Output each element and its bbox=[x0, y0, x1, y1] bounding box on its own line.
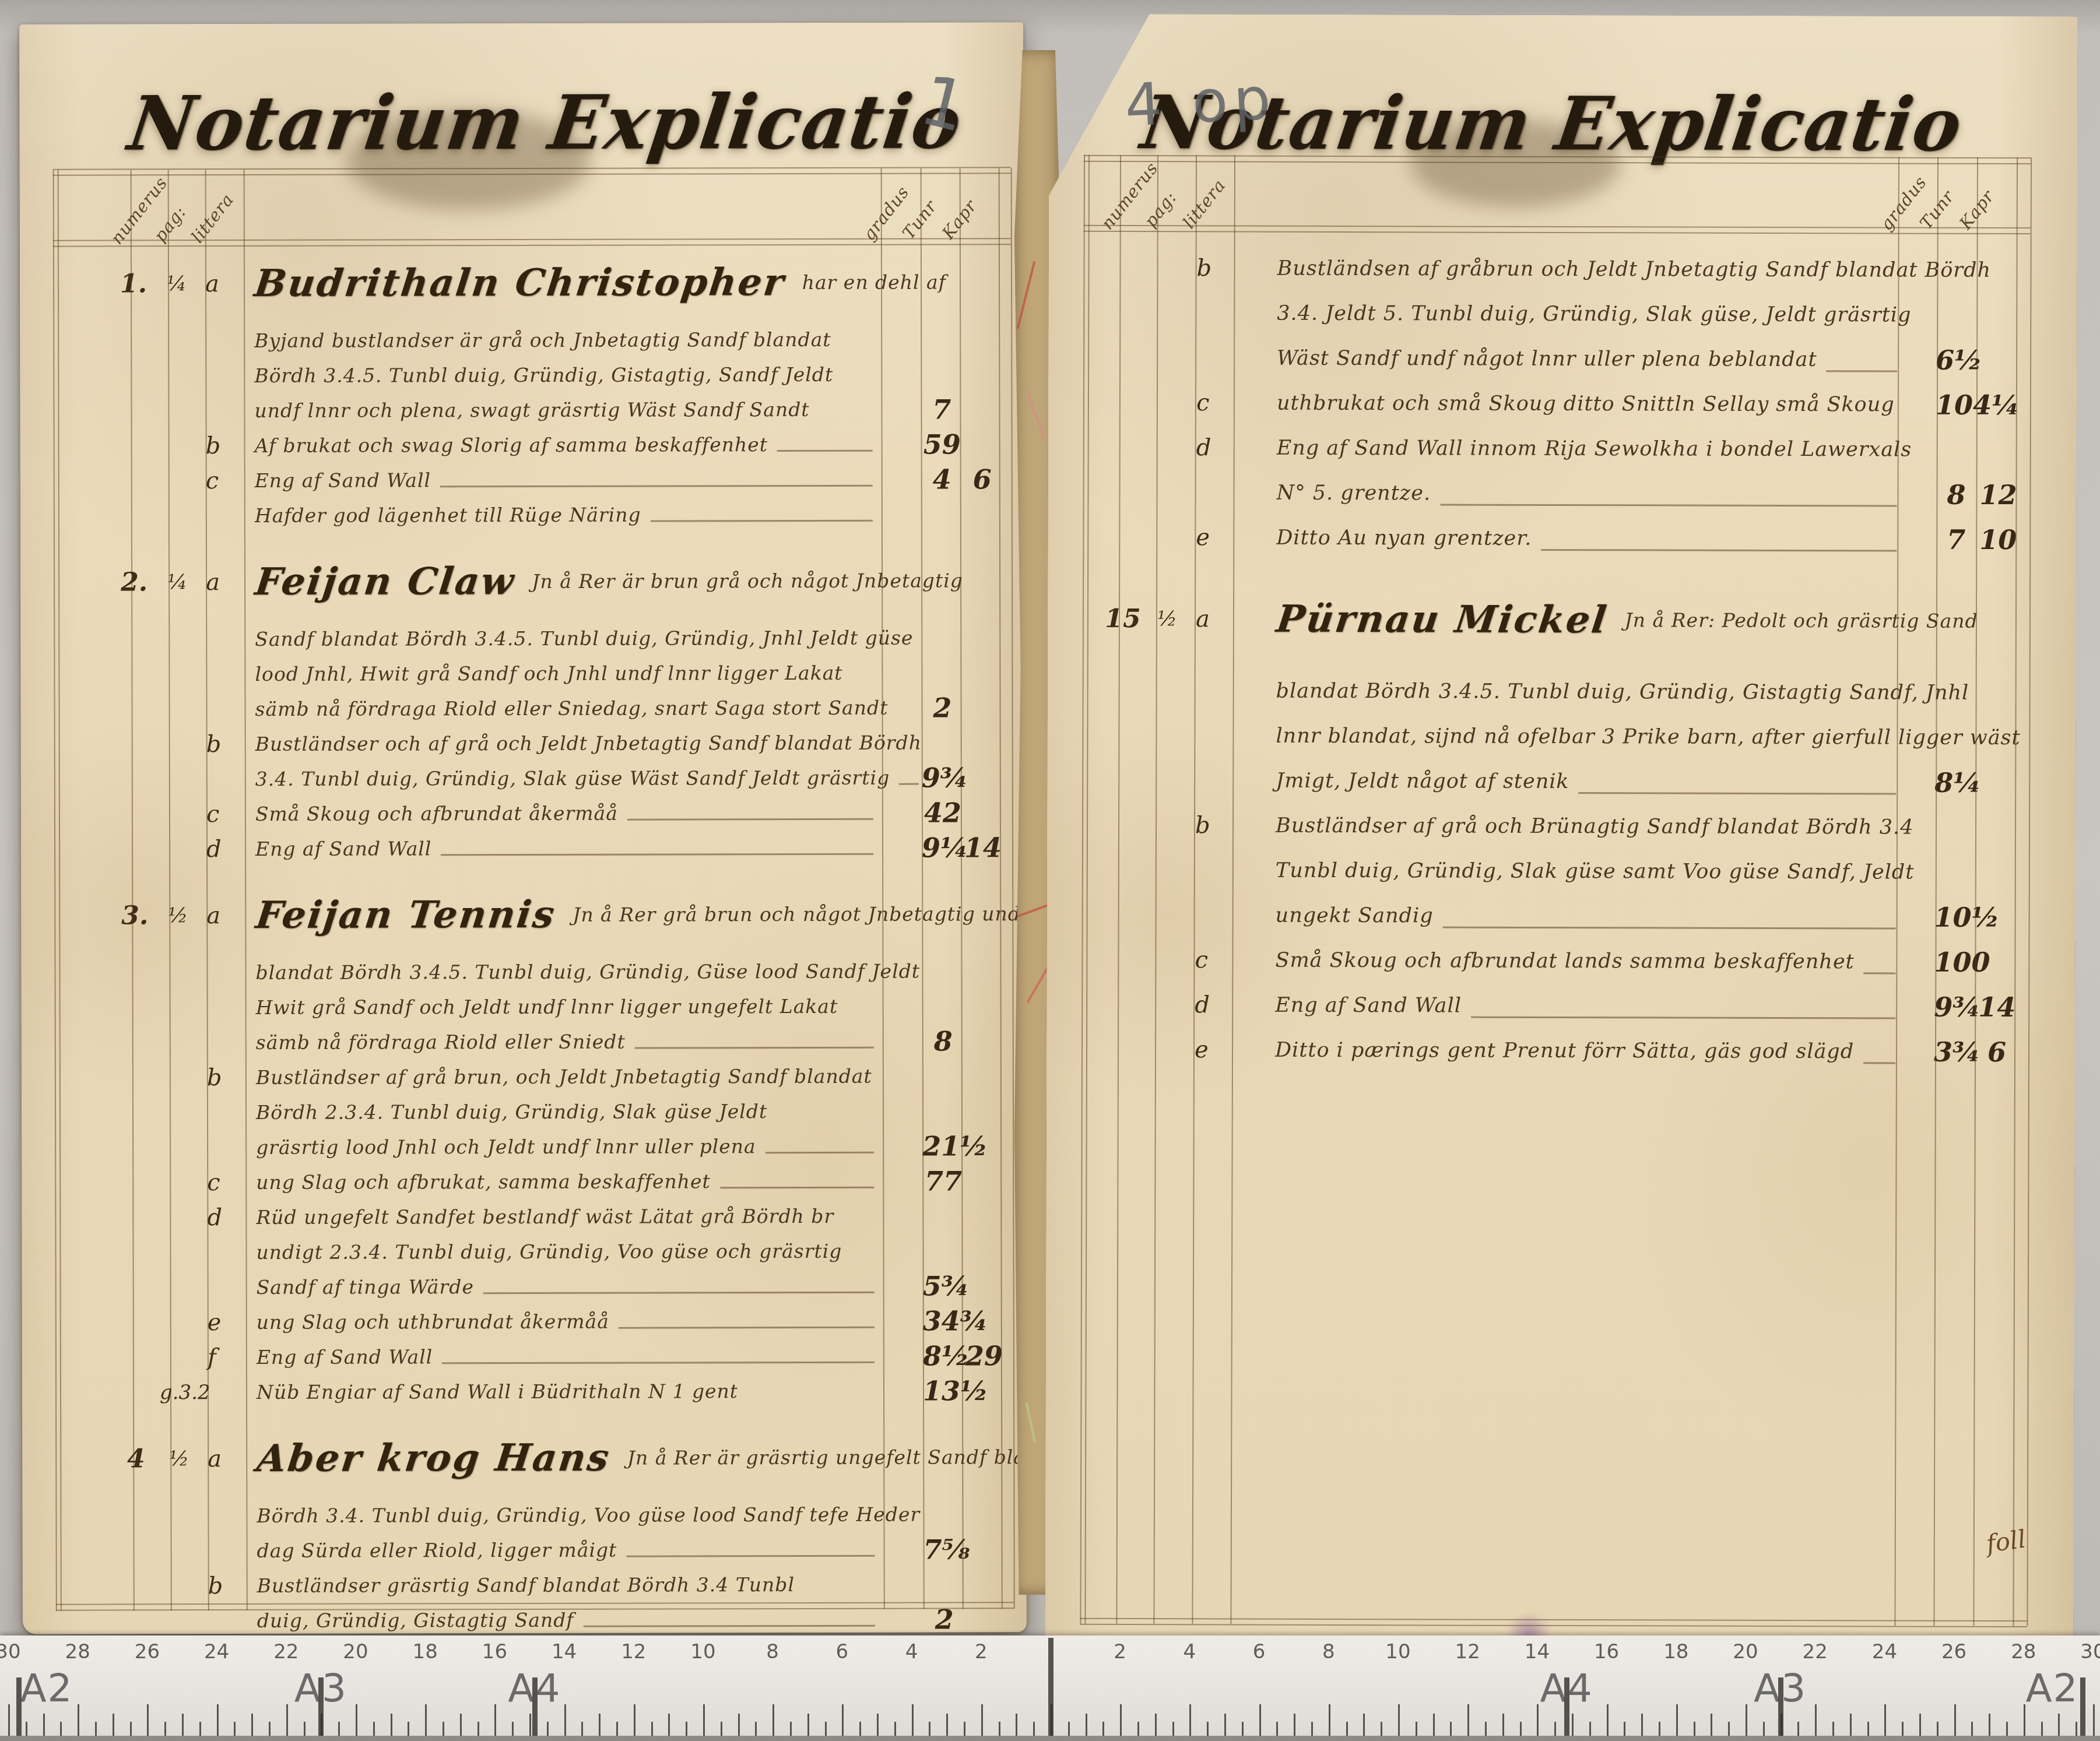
ledger-entry: 4½aAber krog HansJn å Rer är gräsrtig un… bbox=[22, 1426, 1027, 1639]
handwritten-line: Eng af Sand Wall bbox=[257, 1339, 433, 1375]
row-text: Ditto Au nyan grentzer. bbox=[1276, 516, 1901, 562]
ruler-tick bbox=[2058, 1714, 2060, 1736]
row-text: duig, Gründig, Gistagtig Sandf bbox=[257, 1602, 880, 1638]
handwritten-line: Bustländser och af grå och Jeldt Jnbetag… bbox=[255, 726, 922, 762]
row-letter: e bbox=[1195, 1028, 1232, 1072]
handwritten-line: Små Skoug och afbrundat lands samma besk… bbox=[1275, 938, 1854, 985]
handwritten-line: N° 5. grentze. bbox=[1276, 471, 1431, 516]
ruler-number: 8 bbox=[1322, 1640, 1335, 1663]
value-tunnor: 34¾ bbox=[923, 1303, 965, 1338]
entry-letter: a bbox=[1196, 578, 1233, 660]
ledger-row: Sandf blandat Bördh 3.4.5. Tunbl duig, G… bbox=[20, 620, 1024, 657]
page-title: Notarium Explicatio bbox=[124, 78, 968, 167]
ruler-tick bbox=[269, 1722, 271, 1736]
row-text: Eng af Sand Wall bbox=[257, 1339, 879, 1375]
row-text: lood Jnhl, Hwit grå Sandf och Jnhl undf … bbox=[255, 656, 877, 692]
entry-letter: a bbox=[208, 1427, 245, 1490]
ruler-tick bbox=[616, 1722, 618, 1736]
handwritten-line: Wäst Sandf undf något lnnr uller plena b… bbox=[1277, 336, 1817, 382]
entry-letter: a bbox=[205, 252, 243, 315]
entry-number: 4 bbox=[111, 1427, 161, 1490]
handwritten-line: Hafder god lägenhet till Rüge Näring bbox=[255, 498, 641, 533]
scanner-bed-edge bbox=[0, 1736, 2100, 1741]
ledger-entry: 2.¼aFeijan ClawJn å Rer är brun grå och … bbox=[20, 549, 1025, 867]
fill-rule-line bbox=[651, 520, 873, 522]
row-text: Små Skoug och afbrundat lands samma besk… bbox=[1275, 938, 1900, 985]
handwritten-line: ungekt Sandig bbox=[1276, 894, 1434, 939]
row-text: Bustländser och af grå och Jeldt Jnbetag… bbox=[255, 726, 878, 762]
row-text: uthbrukat och små Skoug ditto Snittln Se… bbox=[1277, 381, 1902, 428]
fill-rule-line bbox=[483, 1292, 875, 1294]
ledger-row: eDitto Au nyan grentzer.710 bbox=[1048, 515, 2076, 563]
value-tunnor: 2 bbox=[923, 1602, 965, 1637]
row-text: Bördh 2.3.4. Tunbl duig, Gründig, Slak g… bbox=[256, 1094, 879, 1130]
ruler-tick bbox=[182, 1714, 184, 1736]
handwritten-line: Af brukat och swag Slorig af samma beska… bbox=[255, 427, 768, 463]
ruler-tick bbox=[1294, 1714, 1295, 1736]
ledger-row: Sandf af tinga Wärde5¾ bbox=[22, 1268, 1026, 1306]
ruler-tick bbox=[304, 1722, 305, 1736]
ruler-tick bbox=[391, 1714, 392, 1736]
ruler-tick bbox=[1224, 1714, 1226, 1736]
row-text: Bustländsen af gråbrun och Jeldt Jnbetag… bbox=[1277, 247, 1902, 293]
ledger-row: undf lnnr och plena, swagt gräsrtig Wäst… bbox=[20, 392, 1024, 429]
ruler-tick bbox=[113, 1714, 114, 1736]
row-text: undf lnnr och plena, swagt gräsrtig Wäst… bbox=[254, 392, 877, 428]
farm-name: Feijan Claw bbox=[251, 550, 519, 622]
fill-rule-line bbox=[720, 1187, 875, 1189]
entry-letter: a bbox=[206, 884, 244, 947]
entry-heading-text: Feijan ClawJn å Rer är brun grå och någo… bbox=[255, 550, 877, 622]
ruler-tick bbox=[877, 1714, 879, 1736]
row-text: Hwit grå Sandf och Jeldt undf lnnr ligge… bbox=[256, 989, 879, 1025]
ruler-tick bbox=[164, 1722, 166, 1736]
ruler-tick bbox=[1763, 1722, 1765, 1736]
handwritten-line: Eng af Sand Wall bbox=[255, 463, 431, 498]
ruler-tick bbox=[2041, 1722, 2043, 1736]
ruler-tick bbox=[494, 1704, 496, 1736]
ruler-tick bbox=[1937, 1722, 1939, 1736]
ledger-entry: 15½aPürnau MickelJn å Rer: Pedolt och gr… bbox=[1047, 578, 2076, 1075]
heading-tail-text: Jn å Rer är gräsrtig ungefelt Sandf blan… bbox=[627, 1426, 1072, 1490]
fill-rule-line bbox=[1471, 1017, 1895, 1019]
ruler-number: 12 bbox=[621, 1640, 646, 1663]
handwritten-line: blandat Bördh 3.4.5. Tunbl duig, Gründig… bbox=[255, 954, 920, 990]
entry-grade: ½ bbox=[168, 884, 205, 947]
ruler-tick bbox=[356, 1704, 357, 1736]
fill-rule-line bbox=[1443, 926, 1896, 929]
ruler-tick bbox=[1589, 1722, 1591, 1736]
handwritten-line: Ditto Au nyan grentzer. bbox=[1276, 516, 1532, 561]
ledger-row: sämb nå fördraga Riold eller Sniedt8 bbox=[22, 1024, 1026, 1061]
row-letter: b bbox=[206, 727, 244, 762]
handwritten-line: ung Slag och uthbrundat åkermåå bbox=[257, 1304, 609, 1340]
farm-name: Budrithaln Christopher bbox=[250, 251, 789, 323]
measuring-ruler: 2244668810101212141416161818202022222424… bbox=[0, 1636, 2100, 1737]
ruler-tick bbox=[964, 1722, 965, 1736]
ledger-row: bBustländser gräsrtig Sandf blandat Börd… bbox=[23, 1567, 1027, 1604]
column-header: pag: bbox=[1140, 188, 1181, 231]
handwritten-line: Tunbl duig, Gründig, Slak güse samt Voo … bbox=[1276, 849, 1915, 895]
ruler-tick bbox=[1659, 1722, 1660, 1736]
fill-rule-line bbox=[765, 1152, 874, 1153]
handwritten-line: sämb nå fördraga Riold eller Sniedag, sn… bbox=[255, 691, 889, 727]
row-text: dag Sürda eller Riold, ligger måigt bbox=[257, 1532, 880, 1568]
handwritten-line: Bustländser af grå och Brünagtig Sandf b… bbox=[1276, 804, 1914, 850]
ruler-tick bbox=[686, 1722, 687, 1736]
ruler-tick bbox=[1155, 1714, 1157, 1736]
entry-heading-row: 1.¼aBudrithaln Christopherhar en dehl af bbox=[20, 251, 1024, 324]
ledger-row: Wäst Sandf undf något lnnr uller plena b… bbox=[1048, 336, 2077, 384]
row-text: Hafder god lägenhet till Rüge Näring bbox=[255, 497, 877, 533]
row-text: Sandf af tinga Wärde bbox=[257, 1269, 879, 1305]
ruler-tick bbox=[859, 1722, 861, 1736]
handwritten-line: 3.4. Jeldt 5. Tunbl duig, Gründig, Slak … bbox=[1277, 291, 1911, 338]
row-text: blandat Bördh 3.4.5. Tunbl duig, Gründig… bbox=[255, 954, 878, 990]
ledger-entry: 1.¼aBudrithaln Christopherhar en dehl af… bbox=[20, 251, 1024, 534]
ruler-number: 28 bbox=[2011, 1640, 2036, 1663]
row-text: Wäst Sandf undf något lnnr uller plena b… bbox=[1277, 336, 1902, 383]
ledger-row: undigt 2.3.4. Tunbl duig, Gründig, Voo g… bbox=[22, 1233, 1026, 1271]
ruler-number: 10 bbox=[690, 1640, 715, 1663]
row-letter: c bbox=[1196, 381, 1234, 425]
row-letter: f bbox=[208, 1340, 245, 1375]
handwritten-line: Bördh 3.4.5. Tunbl duig, Gründig, Gistag… bbox=[254, 357, 833, 393]
ledger-row: Bördh 2.3.4. Tunbl duig, Gründig, Slak g… bbox=[22, 1093, 1026, 1131]
ruler-tick bbox=[43, 1714, 45, 1736]
ruler-tick bbox=[26, 1722, 27, 1736]
ruler-number: 16 bbox=[482, 1640, 507, 1663]
ruler-tick bbox=[1502, 1714, 1504, 1736]
row-text: Af brukat och swag Slorig af samma beska… bbox=[255, 427, 877, 463]
ruler-tick bbox=[1172, 1722, 1174, 1736]
row-letter: d bbox=[207, 1200, 244, 1235]
ruler-tick bbox=[1276, 1722, 1278, 1736]
column-headers: numeruspag:litteragradusTunrKapr bbox=[19, 22, 1023, 24]
fill-rule-line bbox=[899, 783, 919, 785]
ruler-number: 26 bbox=[135, 1640, 160, 1663]
ledger-row: bAf brukat och swag Slorig af samma besk… bbox=[20, 427, 1024, 464]
row-letter: c bbox=[1195, 938, 1232, 983]
ruler-tick bbox=[1867, 1722, 1869, 1736]
ruler-number: 18 bbox=[413, 1640, 438, 1663]
ledger-row: bBustländser och af grå och Jeldt Jnbeta… bbox=[21, 725, 1025, 762]
row-text: Bustländser gräsrtig Sandf blandat Bördh… bbox=[257, 1567, 880, 1603]
ledger-row: cuthbrukat och små Skoug ditto Snittln S… bbox=[1048, 381, 2077, 428]
row-letter: c bbox=[206, 797, 244, 832]
ruler-number: 8 bbox=[766, 1640, 779, 1663]
ruler-tick bbox=[373, 1722, 375, 1736]
ruler-tick bbox=[338, 1722, 340, 1736]
ruler-number: 16 bbox=[1594, 1640, 1619, 1663]
row-text: ung Slag och afbrukat, samma beskaffenhe… bbox=[256, 1164, 879, 1200]
handwritten-line: Bördh 3.4. Tunbl duig, Gründig, Voo güse… bbox=[257, 1497, 920, 1534]
ruler-tick bbox=[1954, 1704, 1956, 1736]
row-text: lnnr blandat, sijnd nå ofelbar 3 Prike b… bbox=[1276, 714, 1901, 761]
ledger-row: cEng af Sand Wall46 bbox=[20, 462, 1024, 499]
ruler-format-label: A2 bbox=[20, 1666, 73, 1711]
fill-rule-line bbox=[1864, 972, 1896, 974]
row-letter: d bbox=[206, 832, 244, 867]
row-text: Bördh 3.4. Tunbl duig, Gründig, Voo güse… bbox=[257, 1497, 879, 1534]
ruler-tick bbox=[790, 1722, 792, 1736]
handwritten-line: Hwit grå Sandf och Jeldt undf lnnr ligge… bbox=[256, 989, 838, 1025]
ruler-format-label: A2 bbox=[2025, 1666, 2078, 1711]
value-tunnor: 2 bbox=[922, 690, 964, 725]
entry-grade: ½ bbox=[169, 1427, 206, 1490]
ruler-tick bbox=[1572, 1714, 1574, 1736]
ruler-tick bbox=[1068, 1722, 1070, 1736]
handwritten-line: gräsrtig lood Jnhl och Jeldt undf lnnr u… bbox=[256, 1129, 756, 1165]
ruler-number: 28 bbox=[65, 1640, 90, 1663]
ruler-tick bbox=[1381, 1722, 1382, 1736]
ruler-tick bbox=[1311, 1722, 1313, 1736]
ruler-tick bbox=[1242, 1722, 1244, 1736]
ledger-row: 3.4. Jeldt 5. Tunbl duig, Gründig, Slak … bbox=[1048, 291, 2077, 339]
value-tunnor: 77 bbox=[922, 1163, 964, 1198]
row-text: ung Slag och uthbrundat åkermåå bbox=[257, 1304, 879, 1340]
ruler-tick bbox=[529, 1714, 531, 1736]
entry-number: 2. bbox=[109, 551, 159, 614]
fill-rule-line bbox=[1440, 504, 1897, 507]
handwritten-line: ung Slag och afbrukat, samma beskaffenhe… bbox=[256, 1164, 711, 1200]
row-text: Tunbl duig, Gründig, Slak güse samt Voo … bbox=[1276, 849, 1901, 895]
right-page: Notarium Explicatio 4 op foll numeruspag… bbox=[1045, 14, 2077, 1656]
ruler-tick bbox=[2076, 1722, 2077, 1736]
ruler-tick bbox=[1797, 1722, 1799, 1736]
scanned-ledger-spread: Notarium Explicatio 1 numeruspag:littera… bbox=[0, 0, 2100, 1741]
ledger-row: eDitto i pærings gent Prenut förr Sätta,… bbox=[1047, 1028, 2075, 1075]
ledger-row: fEng af Sand Wall8½29 bbox=[22, 1338, 1026, 1376]
ruler-tick bbox=[1884, 1704, 1886, 1736]
ruler-format-label: A4 bbox=[1540, 1666, 1593, 1711]
value-kappar: 29 bbox=[963, 1338, 1005, 1373]
ruler-tick bbox=[981, 1704, 983, 1736]
ruler-number: 26 bbox=[1941, 1640, 1966, 1663]
ledger-row: gräsrtig lood Jnhl och Jeldt undf lnnr u… bbox=[22, 1128, 1026, 1166]
handwritten-line: lnnr blandat, sijnd nå ofelbar 3 Prike b… bbox=[1276, 714, 2020, 761]
map-fragment-line bbox=[1026, 1402, 1036, 1443]
ruler-tick bbox=[807, 1714, 809, 1736]
handwritten-line: Byjand bustlandser är grå och Jnbetagtig… bbox=[254, 322, 831, 358]
ruler-number: 18 bbox=[1663, 1640, 1688, 1663]
row-text: Bustländser af grå brun, och Jeldt Jnbet… bbox=[256, 1059, 879, 1095]
map-fragment-line bbox=[1017, 261, 1036, 329]
ruler-tick bbox=[772, 1704, 774, 1736]
ruler-tick bbox=[1137, 1722, 1139, 1736]
ruler-tick bbox=[1781, 1714, 1782, 1736]
value-tunnor: 13½ bbox=[923, 1373, 965, 1408]
handwritten-line: 3.4. Tunbl duig, Gründig, Slak güse Wäst… bbox=[255, 761, 890, 797]
row-letter: b bbox=[1195, 803, 1232, 848]
fill-rule-line bbox=[1863, 1062, 1895, 1064]
rule-line bbox=[1080, 1618, 2027, 1622]
value-tunnor: 42 bbox=[922, 795, 964, 830]
ledger-row: ungekt Sandig10½ bbox=[1047, 893, 2076, 941]
ledger-row: blandat Bördh 3.4.5. Tunbl duig, Gründig… bbox=[21, 954, 1025, 991]
fill-rule-line bbox=[441, 853, 873, 856]
ruler-number: 24 bbox=[1872, 1640, 1897, 1663]
ruler-tick bbox=[929, 1722, 930, 1736]
row-text: gräsrtig lood Jnhl och Jeldt undf lnnr u… bbox=[256, 1129, 879, 1165]
value-tunnor: 7 bbox=[921, 392, 963, 427]
handwritten-line: lood Jnhl, Hwit grå Sandf och Jnhl undf … bbox=[255, 656, 842, 692]
value-kappar: 6 bbox=[1976, 1030, 2018, 1075]
handwritten-line: Sandf af tinga Wärde bbox=[257, 1269, 474, 1305]
ruler-tick bbox=[425, 1704, 427, 1736]
row-letter: c bbox=[207, 1165, 244, 1200]
ruler-tick bbox=[1189, 1704, 1191, 1736]
row-letter: d bbox=[1195, 983, 1232, 1028]
value-tunnor: 8¼ bbox=[1934, 761, 1976, 806]
ledger-row: Hwit grå Sandf och Jeldt undf lnnr ligge… bbox=[22, 989, 1026, 1026]
heading-tail-text: Jn å Rer grå brun och något Jnbetagtig u… bbox=[573, 882, 1028, 947]
ruler-tick bbox=[1329, 1704, 1330, 1736]
ruler-tick bbox=[581, 1722, 583, 1736]
row-text: N° 5. grentze. bbox=[1276, 471, 1901, 518]
value-tunnor: 5¾ bbox=[923, 1268, 965, 1303]
ledger-row: dEng af Sand Wall9¼14 bbox=[21, 830, 1025, 867]
ruler-tick bbox=[1363, 1714, 1365, 1736]
fill-rule-line bbox=[1579, 792, 1897, 794]
ledger-entry: 3.½aFeijan TennisJn å Rer grå brun och n… bbox=[21, 882, 1026, 1411]
ledger-row: sämb nå fördraga Riold eller Sniedag, sn… bbox=[21, 690, 1025, 727]
ruler-tick bbox=[721, 1722, 722, 1736]
ruler-tick bbox=[477, 1722, 479, 1736]
ruler-number: 2 bbox=[1114, 1640, 1126, 1663]
ruler-number: 6 bbox=[836, 1640, 849, 1663]
handwritten-line: blandat Bördh 3.4.5. Tunbl duig, Gründig… bbox=[1276, 669, 1969, 716]
ledger-row: Bördh 3.4. Tunbl duig, Gründig, Voo güse… bbox=[22, 1497, 1026, 1534]
ruler-tick bbox=[634, 1704, 635, 1736]
ruler-number: 10 bbox=[1385, 1640, 1410, 1663]
ledger-row: dag Sürda eller Riold, ligger måigt7⅝ bbox=[23, 1532, 1027, 1569]
ruler-tick bbox=[130, 1722, 132, 1736]
farm-name: Aber krog Hans bbox=[252, 1427, 614, 1499]
row-letter: e bbox=[208, 1305, 245, 1340]
entry-heading-text: Aber krog HansJn å Rer är gräsrtig ungef… bbox=[257, 1426, 879, 1499]
ruler-tick bbox=[1919, 1714, 1921, 1736]
ruler-tick bbox=[286, 1704, 288, 1736]
ruler-tick bbox=[1346, 1722, 1348, 1736]
map-fragment-line bbox=[1026, 389, 1046, 439]
ruler-tick bbox=[1433, 1714, 1435, 1736]
ruler-tick bbox=[1120, 1704, 1122, 1736]
ruler-tick bbox=[703, 1704, 705, 1736]
ledger-row: Hafder god lägenhet till Rüge Näring bbox=[20, 497, 1024, 534]
ledger-row: cSmå Skoug och afbrundat åkermåå42 bbox=[21, 795, 1025, 832]
ruler-tick bbox=[1607, 1704, 1609, 1736]
ruler-number: 14 bbox=[1525, 1640, 1550, 1663]
ruler-tick bbox=[564, 1704, 566, 1736]
handwritten-line: Bördh 2.3.4. Tunbl duig, Gründig, Slak g… bbox=[256, 1094, 767, 1130]
fill-rule-line bbox=[626, 1555, 875, 1557]
rule-line bbox=[53, 244, 1011, 247]
ruler-number: 20 bbox=[343, 1640, 368, 1663]
ruler-number: 14 bbox=[552, 1640, 577, 1663]
ruler-tick bbox=[1624, 1722, 1625, 1736]
handwritten-line: Ditto i pærings gent Prenut förr Sätta, … bbox=[1275, 1028, 1854, 1075]
row-text: Byjand bustlandser är grå och Jnbetagtig… bbox=[254, 322, 877, 358]
row-letter: b bbox=[206, 428, 243, 463]
ruler-tick bbox=[217, 1704, 219, 1736]
handwritten-line: undigt 2.3.4. Tunbl duig, Gründig, Voo g… bbox=[256, 1234, 842, 1270]
fill-rule-line bbox=[440, 485, 873, 488]
ruler-tick bbox=[1728, 1722, 1730, 1736]
fill-rule-line bbox=[627, 818, 873, 821]
value-kappar: 6 bbox=[961, 462, 1003, 497]
ruler-tick bbox=[1746, 1704, 1747, 1736]
heading-tail-text: Jn å Rer är brun grå och något Jnbetagti… bbox=[532, 549, 963, 613]
handwritten-line: undf lnnr och plena, swagt gräsrtig Wäst… bbox=[254, 392, 809, 428]
entry-heading-row: 3.½aFeijan TennisJn å Rer grå brun och n… bbox=[21, 882, 1025, 956]
row-text: Jmigt, Jeldt något af stenik bbox=[1276, 759, 1901, 806]
handwritten-line: Eng af Sand Wall bbox=[255, 831, 431, 867]
ruler-tick bbox=[1537, 1704, 1539, 1736]
value-tunnor: 59 bbox=[921, 427, 963, 462]
entry-heading-text: Feijan TennisJn å Rer grå brun och något… bbox=[255, 883, 878, 955]
handwritten-line: uthbrukat och små Skoug ditto Snittln Se… bbox=[1277, 381, 1895, 428]
pencil-folio-number: 1 bbox=[913, 59, 975, 147]
row-text: blandat Bördh 3.4.5. Tunbl duig, Gründig… bbox=[1276, 669, 1901, 716]
entry-letter: a bbox=[206, 551, 243, 614]
ledger-row: eung Slag och uthbrundat åkermåå34¾ bbox=[22, 1303, 1026, 1341]
ruler-tick bbox=[460, 1714, 462, 1736]
ledger-row: bBustländser af grå och Brünagtig Sandf … bbox=[1047, 803, 2076, 851]
fill-rule-line bbox=[1541, 549, 1897, 552]
ruler-tick bbox=[199, 1722, 201, 1736]
heading-tail-text: har en dehl af bbox=[802, 251, 947, 314]
ruler-tick bbox=[234, 1722, 236, 1736]
rule-line bbox=[1080, 1624, 2027, 1627]
ruler-tick bbox=[1485, 1722, 1487, 1736]
value-kappar: 12 bbox=[1977, 473, 2019, 518]
ruler-tick bbox=[912, 1704, 914, 1736]
ruler-number: 2 bbox=[975, 1640, 988, 1663]
ledger-row: dEng af Sand Wall innom Rija Sewolkha i … bbox=[1048, 425, 2077, 473]
ruler-number: 30 bbox=[0, 1640, 21, 1663]
handwritten-line: Nüb Engiar af Sand Wall i Büdrithaln N 1… bbox=[257, 1374, 738, 1410]
entry-heading-row: 4½aAber krog HansJn å Rer är gräsrtig un… bbox=[22, 1426, 1026, 1499]
ruler-tick bbox=[1694, 1722, 1695, 1736]
fill-rule-line bbox=[442, 1362, 875, 1364]
row-text: 3.4. Tunbl duig, Gründig, Slak güse Wäst… bbox=[255, 761, 878, 797]
ruler-tick bbox=[842, 1704, 844, 1736]
handwritten-line: Eng af Sand Wall innom Rija Sewolkha i b… bbox=[1277, 426, 1912, 473]
ruler-tick bbox=[1520, 1722, 1522, 1736]
ruler-tick bbox=[321, 1714, 322, 1736]
ruler-number: 24 bbox=[204, 1640, 229, 1663]
left-page: Notarium Explicatio 1 numeruspag:littera… bbox=[19, 22, 1027, 1634]
value-tunnor: 8½ bbox=[923, 1338, 965, 1373]
ledger-row: cung Slag och afbrukat, samma beskaffenh… bbox=[22, 1163, 1026, 1201]
handwritten-line: Sandf blandat Bördh 3.4.5. Tunbl duig, G… bbox=[255, 621, 913, 657]
value-tunnor: 21½ bbox=[922, 1128, 964, 1163]
ledger-row: Tunbl duig, Gründig, Slak güse samt Voo … bbox=[1047, 848, 2076, 896]
row-text: Nüb Engiar af Sand Wall i Büdrithaln N 1… bbox=[257, 1374, 879, 1410]
entry-heading-row: 15½aPürnau MickelJn å Rer: Pedolt och gr… bbox=[1048, 578, 2076, 671]
ruler-tick bbox=[1676, 1704, 1678, 1736]
value-tunnor: 4 bbox=[921, 462, 963, 497]
row-text: ungekt Sandig bbox=[1276, 894, 1901, 940]
ruler-tick bbox=[78, 1704, 79, 1736]
column-headers: numeruspag:litteragradusTunrKapr bbox=[1049, 14, 2078, 17]
ledger-row: Byjand bustlandser är grå och Jnbetagtig… bbox=[20, 322, 1024, 359]
value-tunnor: 104¼ bbox=[1936, 383, 1978, 428]
ledger-entries: bBustländsen af gråbrun och Jeldt Jnbeta… bbox=[1047, 246, 2077, 1075]
entry-number: 1. bbox=[108, 252, 159, 315]
row-text: Bustländser af grå och Brünagtig Sandf b… bbox=[1276, 804, 1901, 850]
